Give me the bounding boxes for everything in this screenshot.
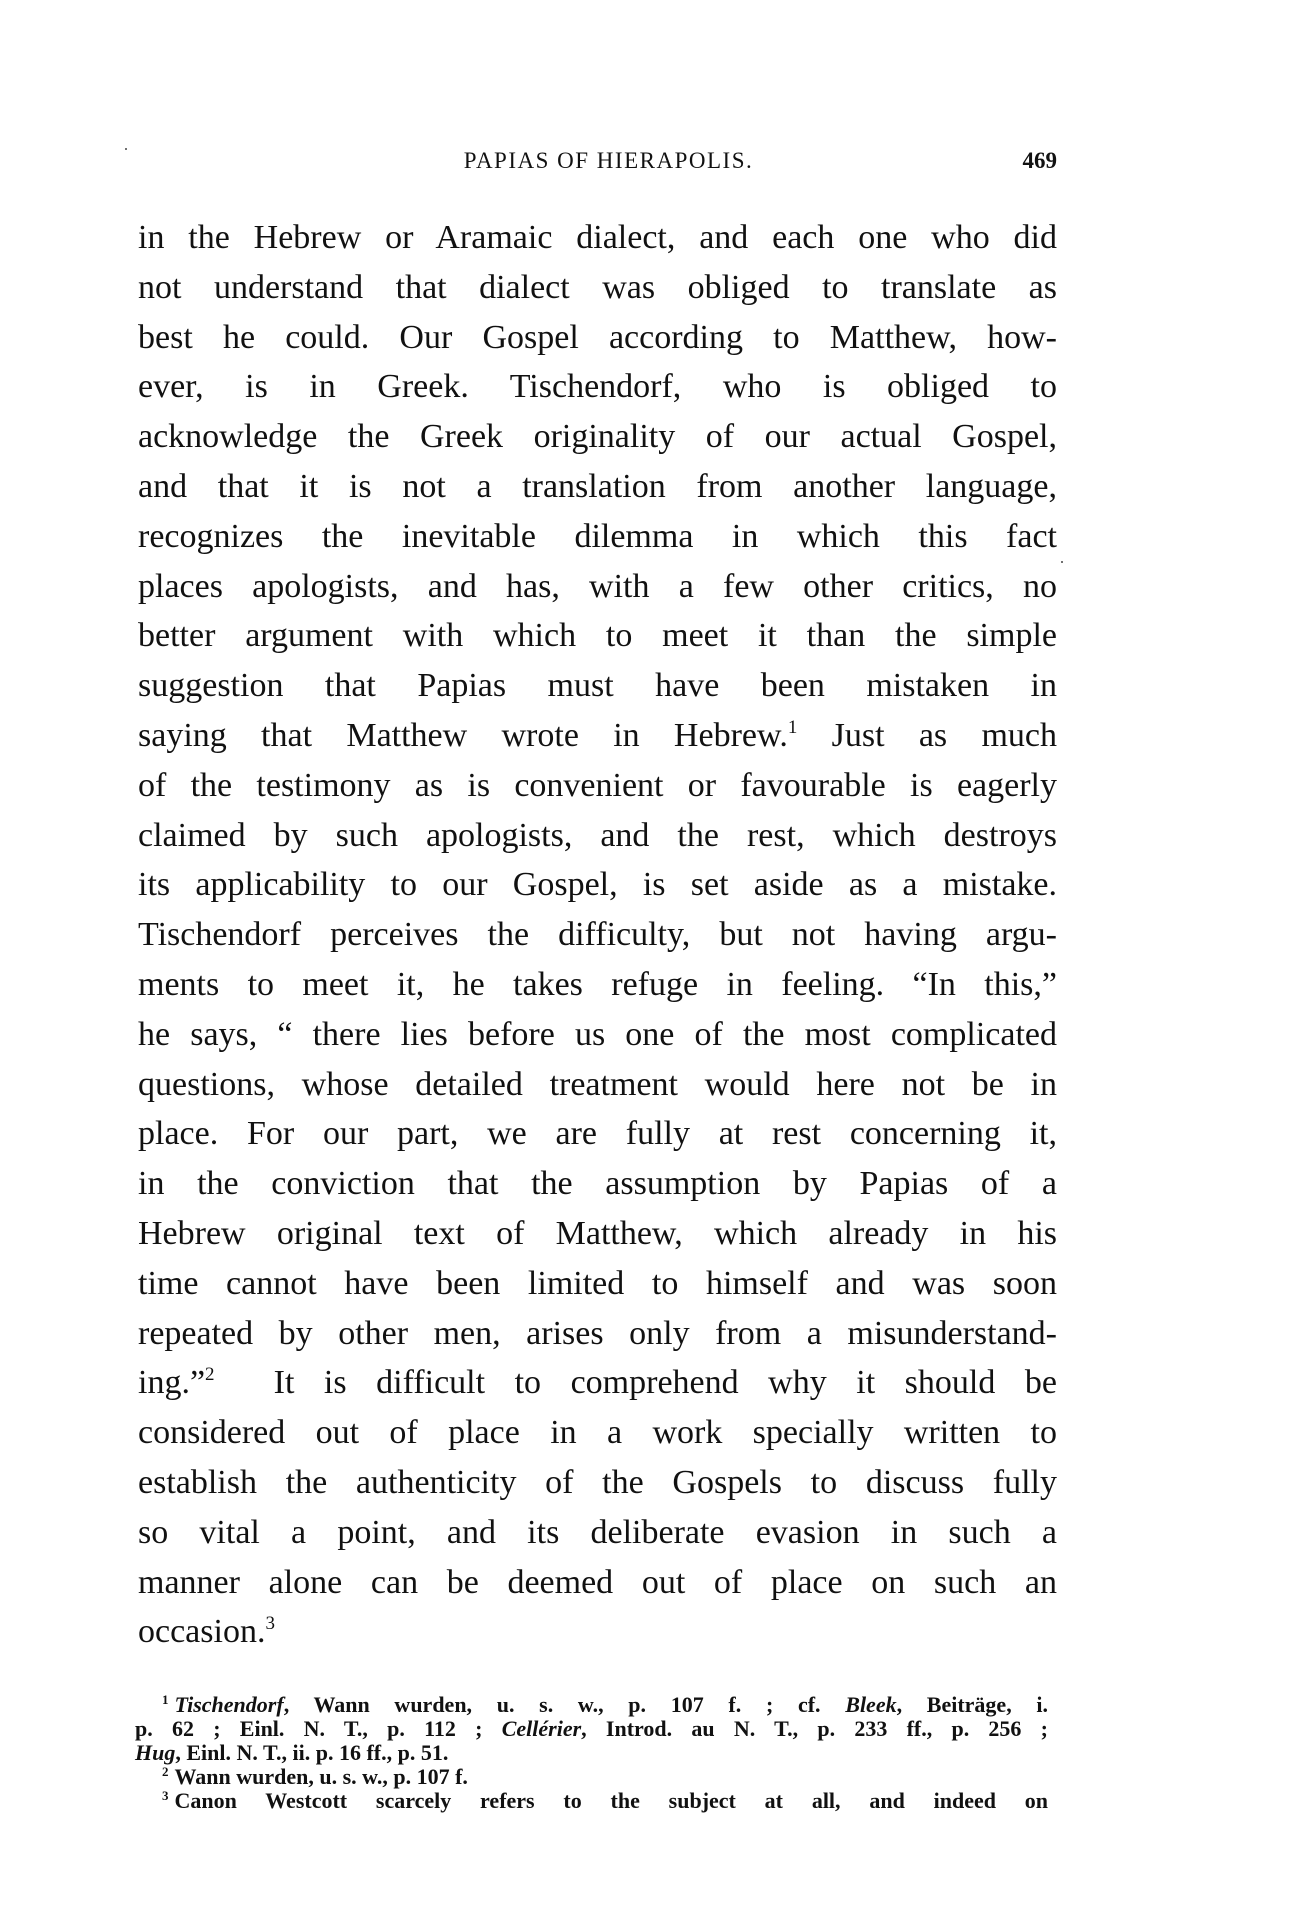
text-line: acknowledge the Greek originality of our… <box>138 412 1057 462</box>
footnote-2: 2Wann wurden, u. s. w., p. 107 f. <box>135 1765 1048 1789</box>
footnote-1-cont: Hug, Einl. N. T., ii. p. 16 ff., p. 51. <box>135 1741 1048 1765</box>
text-line: in the Hebrew or Aramaic dialect, and ea… <box>138 213 1057 263</box>
text-line: and that it is not a translation from an… <box>138 462 1057 512</box>
text-line: of the testimony as is convenient or fav… <box>138 761 1057 811</box>
footnote-ref-3[interactable]: 3 <box>265 1613 275 1634</box>
footnote-author: Bleek <box>845 1692 896 1717</box>
text-line-with-footnote-ref: occasion.3 <box>138 1607 1057 1657</box>
text-fragment: ing.” <box>138 1364 205 1401</box>
footnote-text: , Beiträge, i. <box>897 1692 1048 1717</box>
text-line: establish the authenticity of the Gospel… <box>138 1458 1057 1508</box>
footnote-text: , Introd. au N. T., p. 233 ff., p. 256 ; <box>581 1716 1048 1741</box>
text-fragment: It is difficult to comprehend why it sho… <box>274 1364 1057 1401</box>
text-line: place. For our part, we are fully at res… <box>138 1109 1057 1159</box>
body-text: in the Hebrew or Aramaic dialect, and ea… <box>138 213 1057 1657</box>
footnote-mark: 3 <box>162 1788 169 1803</box>
text-line: time cannot have been limited to himself… <box>138 1259 1057 1309</box>
text-line: Hebrew original text of Matthew, which a… <box>138 1209 1057 1259</box>
running-head: PAPIAS OF HIERAPOLIS. 469 <box>138 148 1057 178</box>
footnote-mark: 2 <box>162 1764 169 1779</box>
text-line: ments to meet it, he takes refuge in fee… <box>138 960 1057 1010</box>
scan-speck <box>125 148 127 150</box>
text-line: its applicability to our Gospel, is set … <box>138 860 1057 910</box>
footnote-ref-2[interactable]: 2 <box>205 1364 215 1385</box>
text-line: claimed by such apologists, and the rest… <box>138 811 1057 861</box>
text-line: best he could. Our Gospel according to M… <box>138 313 1057 363</box>
footnote-text: Canon Westcott scarcely refers to the su… <box>175 1788 1049 1813</box>
footnote-mark: 1 <box>162 1692 169 1707</box>
text-line: so vital a point, and its deliberate eva… <box>138 1508 1057 1558</box>
running-title-text: PAPIAS OF HIERAPOLIS. <box>464 148 753 174</box>
text-fragment: Just as much <box>832 717 1057 754</box>
text-line: Tischendorf perceives the difficulty, bu… <box>138 910 1057 960</box>
footnote-3: 3Canon Westcott scarcely refers to the s… <box>135 1789 1048 1813</box>
text-line: in the conviction that the assumption by… <box>138 1159 1057 1209</box>
footnote-1: 1Tischendorf, Wann wurden, u. s. w., p. … <box>135 1693 1048 1717</box>
text-line: questions, whose detailed treatment woul… <box>138 1060 1057 1110</box>
footnote-author: Tischendorf <box>175 1692 284 1717</box>
text-line: he says, “ there lies before us one of t… <box>138 1010 1057 1060</box>
text-line-with-footnote-ref: ing.”2 It is difficult to comprehend why… <box>138 1358 1057 1408</box>
footnote-ref-1[interactable]: 1 <box>788 717 798 738</box>
text-line: manner alone can be deemed out of place … <box>138 1558 1057 1608</box>
running-title: PAPIAS OF HIERAPOLIS. <box>138 148 1057 174</box>
text-line: places apologists, and has, with a few o… <box>138 562 1057 612</box>
text-line: not understand that dialect was obliged … <box>138 263 1057 313</box>
footnote-text: p. 62 ; Einl. N. T., p. 112 ; <box>135 1716 482 1741</box>
footnote-text: Wann wurden, u. s. w., p. 107 f. <box>175 1764 468 1789</box>
text-line: suggestion that Papias must have been mi… <box>138 661 1057 711</box>
scan-speck <box>1061 561 1063 563</box>
text-line: repeated by other men, arises only from … <box>138 1309 1057 1359</box>
text-line: ever, is in Greek. Tischendorf, who is o… <box>138 362 1057 412</box>
text-line-with-footnote-ref: saying that Matthew wrote in Hebrew.1 Ju… <box>138 711 1057 761</box>
footnote-1-cont: p. 62 ; Einl. N. T., p. 112 ; Cellérier,… <box>135 1717 1048 1741</box>
page-number: 469 <box>1023 148 1058 174</box>
footnote-author: Cellérier <box>502 1716 581 1741</box>
text-fragment: occasion. <box>138 1613 265 1650</box>
text-line: considered out of place in a work specia… <box>138 1408 1057 1458</box>
footnote-text: , Wann wurden, u. s. w., p. 107 f. ; cf. <box>284 1692 821 1717</box>
footnote-author: Hug <box>135 1740 175 1765</box>
footnote-text: , Einl. N. T., ii. p. 16 ff., p. 51. <box>175 1740 448 1765</box>
text-line: recognizes the inevitable dilemma in whi… <box>138 512 1057 562</box>
book-page: PAPIAS OF HIERAPOLIS. 469 in the Hebrew … <box>0 0 1293 1925</box>
text-fragment: saying that Matthew wrote in Hebrew. <box>138 717 788 754</box>
text-line: better argument with which to meet it th… <box>138 611 1057 661</box>
footnotes: 1Tischendorf, Wann wurden, u. s. w., p. … <box>135 1693 1048 1813</box>
